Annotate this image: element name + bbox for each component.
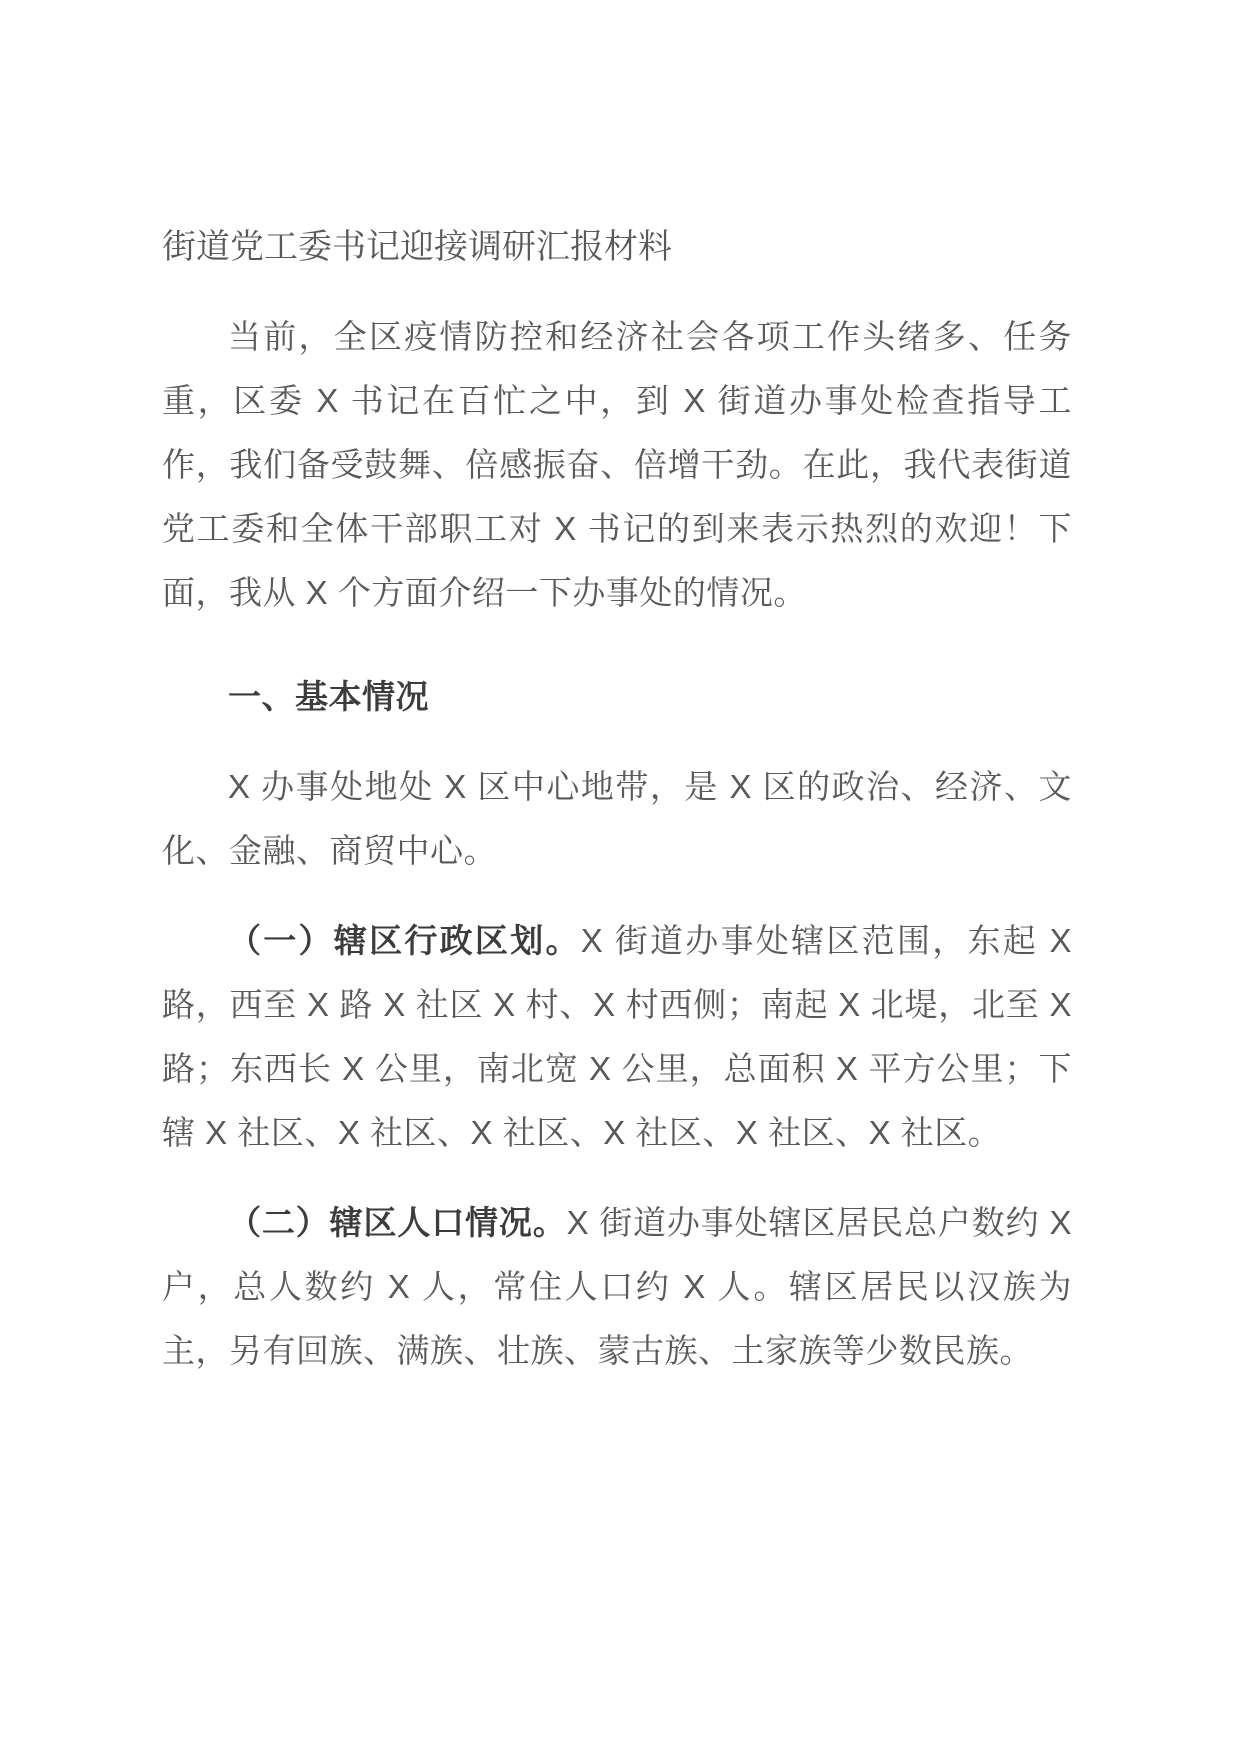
paragraph-lead-district-divisions: （一）辖区行政区划。: [228, 922, 581, 959]
paragraph-population: （二）辖区人口情况。X 街道办事处辖区居民总户数约 X 户，总人数约 X 人，常…: [162, 1191, 1072, 1383]
paragraph-district-divisions: （一）辖区行政区划。X 街道办事处辖区范围，东起 X 路，西至 X 路 X 社区…: [162, 909, 1072, 1165]
document-title: 街道党工委书记迎接调研汇报材料: [162, 215, 1072, 279]
paragraph-lead-population: （二）辖区人口情况。: [228, 1204, 567, 1241]
document-page: 街道党工委书记迎接调研汇报材料 当前，全区疫情防控和经济社会各项工作头绪多、任务…: [0, 0, 1240, 1754]
section-heading-basic-info: 一、基本情况: [162, 665, 1072, 729]
paragraph-intro: 当前，全区疫情防控和经济社会各项工作头绪多、任务重，区委 X 书记在百忙之中，到…: [162, 305, 1072, 625]
paragraph-location: X 办事处地处 X 区中心地带，是 X 区的政治、经济、文化、金融、商贸中心。: [162, 755, 1072, 883]
